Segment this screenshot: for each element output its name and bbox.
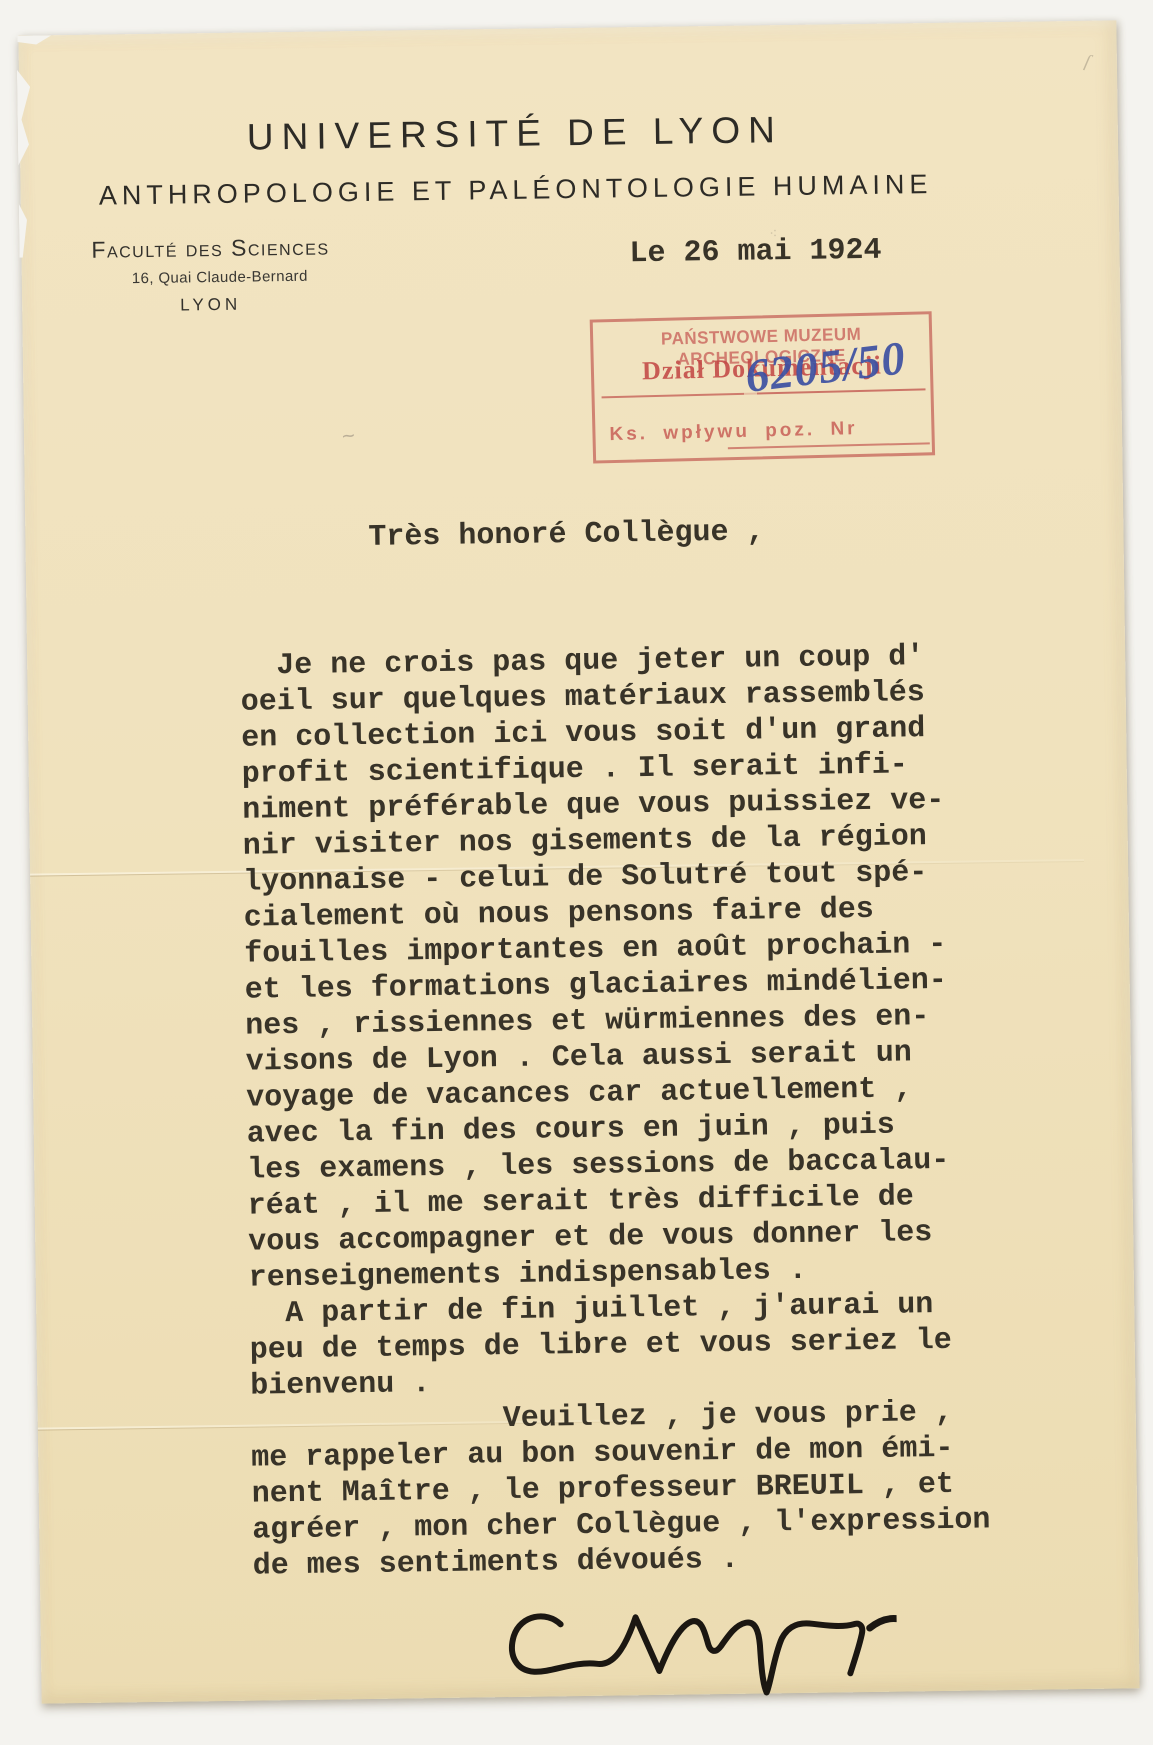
letter-body: Je ne crois pas que jeter un coup d'oeil… bbox=[240, 638, 991, 1584]
pencil-scribble: ſ bbox=[1083, 51, 1093, 73]
scanned-letter: UNIVERSITÉ DE LYON ANTHROPOLOGIE ET PALÉ… bbox=[0, 0, 1153, 1745]
letterhead-university: UNIVERSITÉ DE LYON bbox=[20, 106, 1010, 162]
salutation: Très honoré Collègue , bbox=[368, 515, 765, 555]
letterhead-faculty: Faculté des Sciences bbox=[91, 233, 329, 263]
pencil-smudge: ⁖ bbox=[769, 225, 777, 242]
stamp-number-underline bbox=[728, 442, 930, 449]
letterhead-department: ANTHROPOLOGIE ET PALÉONTOLOGIE HUMAINE bbox=[20, 168, 1010, 213]
torn-edge bbox=[17, 35, 51, 44]
letterhead-address: 16, Quai Claude-Bernard bbox=[132, 268, 308, 287]
stamp-registry-label: Ks. wpływu poz. Nr bbox=[609, 418, 858, 446]
letter-paper: UNIVERSITÉ DE LYON ANTHROPOLOGIE ET PALÉ… bbox=[18, 20, 1139, 1703]
pencil-mark: ~ bbox=[340, 422, 357, 450]
handwritten-signature bbox=[456, 1586, 898, 1722]
letterhead-city: LYON bbox=[180, 295, 241, 316]
date-line: Le 26 mai 1924 bbox=[629, 234, 881, 272]
